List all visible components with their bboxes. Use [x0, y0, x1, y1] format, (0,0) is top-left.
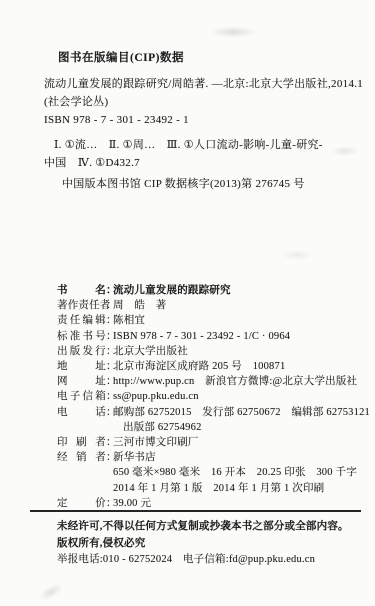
pub-label: 印刷者	[57, 435, 106, 450]
pub-value: 流动儿童发展的跟踪研究	[113, 285, 231, 296]
pub-row-address: 地址：北京市海淀区成府路 205 号 100871	[57, 359, 370, 374]
pub-label: 经销者	[57, 450, 106, 465]
pub-row-isbn: 标准书号：ISBN 978 - 7 - 301 - 23492 - 1/C · …	[57, 329, 370, 344]
pub-colon: ：	[106, 389, 113, 404]
pub-row-price: 定价：39.00 元	[57, 496, 370, 511]
pub-colon: ：	[106, 329, 113, 344]
pub-colon: ：	[106, 344, 113, 359]
pub-label: 书名	[57, 283, 106, 298]
pub-row-email: 电子信箱：ss@pup.pku.edu.cn	[57, 389, 370, 404]
pub-label: 标准书号	[57, 329, 106, 344]
pub-value: http://www.pup.cn 新浪官方微博:@北京大学出版社	[113, 376, 357, 387]
pub-label: 网址	[57, 374, 106, 389]
all-rights-reserved-notice: 版权所有,侵权必究	[57, 536, 349, 553]
pub-row-editor: 责任编辑：陈相宜	[57, 313, 370, 328]
pub-value: 陈相宜	[113, 315, 145, 326]
pub-value: 新华书店	[113, 452, 156, 463]
pub-label: 电子信箱	[57, 389, 106, 404]
cip-title: 图书在版编目(CIP)数据	[44, 51, 367, 65]
copyright-notice-block: 未经许可,不得以任何方式复制或抄袭本书之部分或全部内容。 版权所有,侵权必究 举…	[57, 519, 349, 569]
pub-value: 北京市海淀区成府路 205 号 100871	[113, 361, 285, 372]
publication-info: 书名：流动儿童发展的跟踪研究 著作责任者：周 皓 著 责任编辑：陈相宜 标准书号…	[57, 283, 370, 511]
cip-isbn: ISBN 978 - 7 - 301 - 23492 - 1	[44, 111, 367, 129]
scan-smudge	[280, 250, 314, 260]
scan-smudge	[210, 26, 256, 38]
pub-value: 出版部 62754962	[113, 422, 202, 433]
pub-row-author: 著作责任者：周 皓 著	[57, 298, 370, 313]
pub-colon: ：	[106, 450, 113, 465]
pub-value: ISBN 978 - 7 - 301 - 23492 - 1/C · 0964	[113, 331, 290, 342]
pub-label: 定价	[57, 496, 106, 511]
pub-colon: ：	[106, 405, 113, 420]
pub-row-website: 网址：http://www.pup.cn 新浪官方微博:@北京大学出版社	[57, 374, 370, 389]
pub-colon: ：	[106, 435, 113, 450]
pub-label: 著作责任者	[57, 298, 106, 313]
pub-value: 三河市博文印刷厂	[113, 437, 199, 448]
pub-colon: ：	[106, 283, 113, 298]
pub-label: 出版发行	[57, 344, 106, 359]
pub-value: 650 毫米×980 毫米 16 开本 20.25 印张 300 千字	[113, 467, 357, 478]
pub-colon: ：	[106, 298, 113, 313]
no-copy-notice: 未经许可,不得以任何方式复制或抄袭本书之部分或全部内容。	[57, 519, 349, 536]
pub-colon: ：	[106, 313, 113, 328]
pub-row-printer: 印刷者：三河市博文印刷厂	[57, 435, 370, 450]
pub-colon: ：	[106, 359, 113, 374]
pub-value: 北京大学出版社	[113, 346, 188, 357]
pub-row-edition: 2014 年 1 月第 1 版 2014 年 1 月第 1 次印刷	[57, 481, 370, 496]
pub-colon: ：	[106, 496, 113, 511]
pub-row-book-title: 书名：流动儿童发展的跟踪研究	[57, 283, 370, 298]
pub-value: 2014 年 1 月第 1 版 2014 年 1 月第 1 次印刷	[113, 483, 324, 494]
cip-block: 图书在版编目(CIP)数据 流动儿童发展的跟踪研究/周皓著. —北京:北京大学出…	[44, 51, 367, 193]
pub-label: 电话	[57, 405, 106, 420]
cip-series: (社会学论丛)	[44, 93, 367, 111]
cip-classification-line2: 中国 Ⅳ. ①D432.7	[44, 154, 367, 172]
pub-row-phone-cont: 出版部 62754962	[57, 420, 370, 435]
pub-label: 地址	[57, 359, 106, 374]
pub-colon: ：	[106, 374, 113, 389]
report-contact-line: 举报电话:010 - 62752024 电子信箱:fd@pup.pku.edu.…	[57, 552, 349, 569]
pub-row-publisher: 出版发行：北京大学出版社	[57, 344, 370, 359]
copyright-page: 图书在版编目(CIP)数据 流动儿童发展的跟踪研究/周皓著. —北京:北京大学出…	[0, 0, 375, 606]
pub-row-distributor: 经销者：新华书店	[57, 450, 370, 465]
pub-label: 责任编辑	[57, 313, 106, 328]
pub-row-phone: 电话：邮购部 62752015 发行部 62750672 编辑部 6275312…	[57, 405, 370, 420]
pub-value: ss@pup.pku.edu.cn	[113, 391, 199, 402]
pub-value: 周 皓 著	[113, 300, 167, 311]
cip-record-number: 中国版本图书馆 CIP 数据核字(2013)第 276745 号	[44, 175, 367, 193]
divider-rule	[30, 510, 361, 512]
pub-row-format: 650 毫米×980 毫米 16 开本 20.25 印张 300 千字	[57, 465, 370, 480]
pub-value: 39.00 元	[113, 498, 151, 509]
cip-classification-line1: Ⅰ. ①流… Ⅱ. ①周… Ⅲ. ①人口流动-影响-儿童-研究-	[44, 136, 367, 154]
scan-smudge	[37, 580, 66, 603]
pub-value: 邮购部 62752015 发行部 62750672 编辑部 62753121	[113, 407, 370, 418]
cip-title-statement: 流动儿童发展的跟踪研究/周皓著. —北京:北京大学出版社,2014.1	[44, 75, 367, 93]
